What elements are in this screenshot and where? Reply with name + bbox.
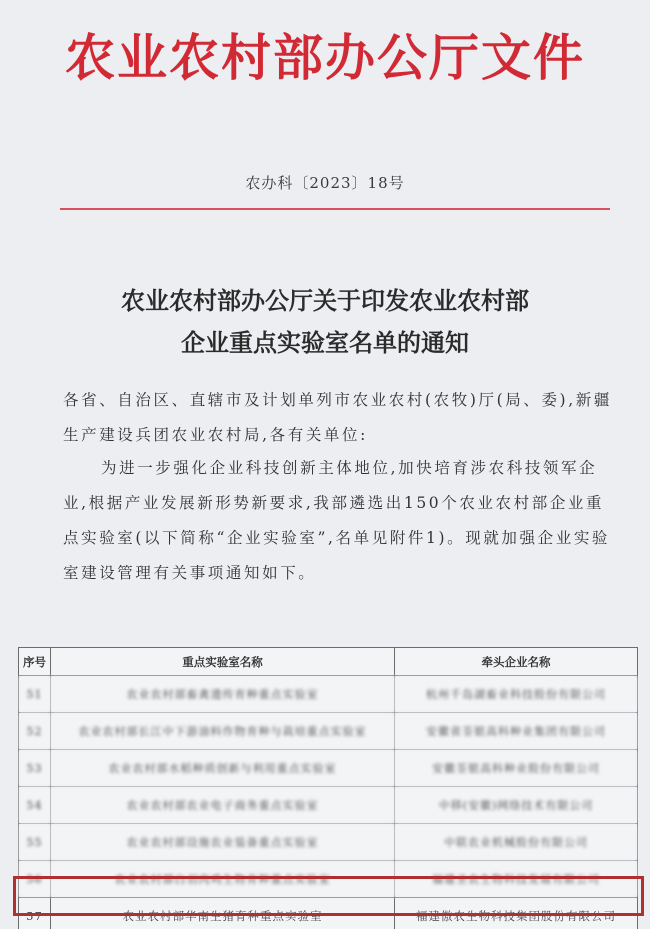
row-lab-name: 农业农村部畜禽遗传育种重点实验室 bbox=[51, 676, 395, 713]
row-number: 51 bbox=[19, 676, 51, 713]
row-number: 54 bbox=[19, 787, 51, 824]
table-header-row: 序号 重点实验室名称 牵头企业名称 bbox=[19, 648, 638, 676]
body-paragraph: 为进一步强化企业科技创新主体地位,加快培育涉农科技领军企业,根据产业发展新形势新… bbox=[63, 451, 613, 591]
red-divider bbox=[60, 208, 610, 210]
notice-title-line1: 农业农村部办公厅关于印发农业农村部 bbox=[0, 280, 650, 322]
row-lab-name: 农业农村部水稻种质创新与利用重点实验室 bbox=[51, 750, 395, 787]
salutation: 各省、自治区、直辖市及计划单列市农业农村(农牧)厅(局、委),新疆生产建设兵团农… bbox=[63, 383, 613, 453]
table-row: 54 农业农村部农业电子商务重点实验室 中移(安徽)网络技术有限公司 bbox=[19, 787, 638, 824]
table-row: 55 农业农村部设施农业装备重点实验室 中联农业机械股份有限公司 bbox=[19, 824, 638, 861]
masthead-title: 农业农村部办公厅文件 bbox=[0, 28, 650, 88]
header-company-name: 牵头企业名称 bbox=[395, 648, 638, 676]
row-company-name: 中移(安徽)网络技术有限公司 bbox=[395, 787, 638, 824]
notice-title: 农业农村部办公厅关于印发农业农村部 企业重点实验室名单的通知 bbox=[0, 280, 650, 364]
row-company-name: 杭州千岛湖畜业科技股份有限公司 bbox=[395, 676, 638, 713]
row-lab-name: 农业农村部长江中下游油料作物育种与栽培重点实验室 bbox=[51, 713, 395, 750]
table-row: 52 农业农村部长江中下游油料作物育种与栽培重点实验室 安徽省荃银高科种业集团有… bbox=[19, 713, 638, 750]
header-number: 序号 bbox=[19, 648, 51, 676]
row-number: 55 bbox=[19, 824, 51, 861]
row-company-name: 中联农业机械股份有限公司 bbox=[395, 824, 638, 861]
row-lab-name: 农业农村部设施农业装备重点实验室 bbox=[51, 824, 395, 861]
row-company-name: 安徽荃银高科种业股份有限公司 bbox=[395, 750, 638, 787]
notice-title-line2: 企业重点实验室名单的通知 bbox=[0, 322, 650, 364]
table-row: 51 农业农村部畜禽遗传育种重点实验室 杭州千岛湖畜业科技股份有限公司 bbox=[19, 676, 638, 713]
document-number: 农办科〔2023〕18号 bbox=[0, 172, 650, 193]
row-company-name: 安徽省荃银高科种业集团有限公司 bbox=[395, 713, 638, 750]
document-page: 农业农村部办公厅文件 农办科〔2023〕18号 农业农村部办公厅关于印发农业农村… bbox=[0, 0, 650, 929]
header-lab-name: 重点实验室名称 bbox=[51, 648, 395, 676]
table-row: 53 农业农村部水稻种质创新与利用重点实验室 安徽荃银高科种业股份有限公司 bbox=[19, 750, 638, 787]
row-lab-name: 农业农村部农业电子商务重点实验室 bbox=[51, 787, 395, 824]
row-number: 53 bbox=[19, 750, 51, 787]
row-number: 52 bbox=[19, 713, 51, 750]
highlight-box bbox=[13, 876, 644, 916]
